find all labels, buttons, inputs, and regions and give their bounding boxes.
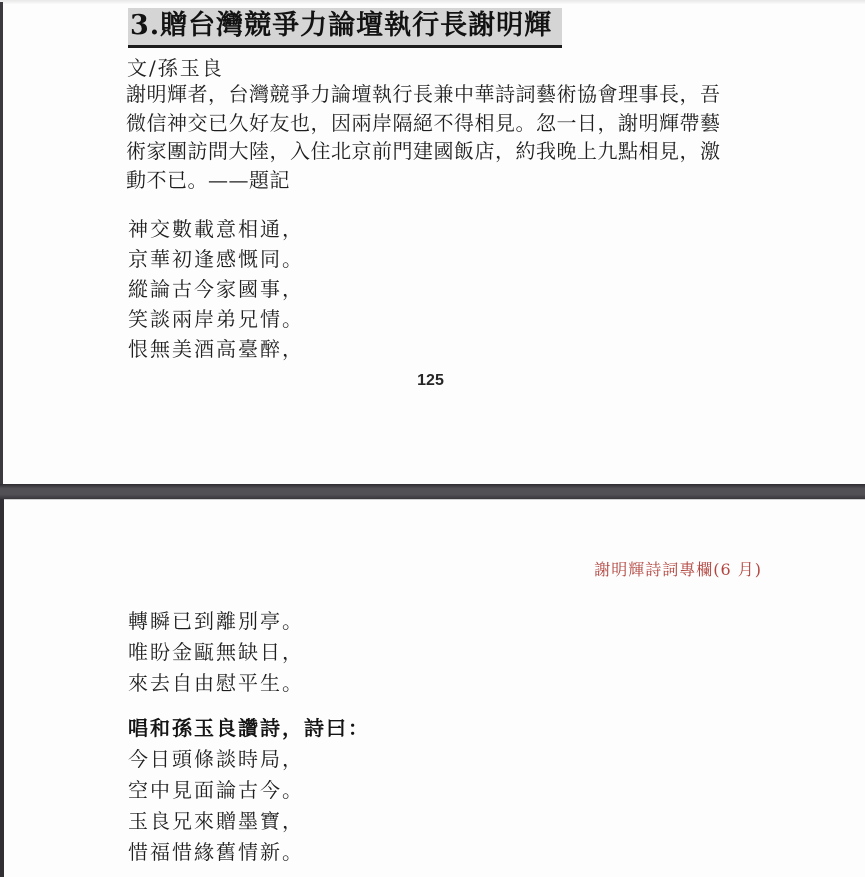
preface-paragraph: 謝明輝者，台灣競爭力論壇執行長兼中華詩詞藝術協會理事長，吾 微信神交已久好友也，… — [126, 80, 744, 195]
poem-line: 京華初逢感慨同。 — [128, 244, 304, 274]
paragraph-line: 術家團訪問大陸，入住北京前門建國飯店，約我晚上九點相見，激 — [126, 137, 744, 166]
paragraph-line: 微信神交已久好友也，因兩岸隔絕不得相見。忽一日，謝明輝帶藝 — [126, 109, 744, 138]
section-title: 3.贈台灣競爭力論壇執行長謝明輝 — [128, 8, 562, 48]
column-header: 謝明輝詩詞專欄(6 月) — [594, 557, 762, 580]
paragraph-line: 謝明輝者，台灣競爭力論壇執行長兼中華詩詞藝術協會理事長，吾 — [126, 80, 744, 109]
page-break-divider — [0, 484, 865, 500]
byline: 文/孫玉良 — [127, 52, 224, 81]
poem-line: 恨無美酒高臺醉， — [128, 334, 304, 364]
page-125: 3.贈台灣競爭力論壇執行長謝明輝 文/孫玉良 謝明輝者，台灣競爭力論壇執行長兼中… — [0, 0, 865, 484]
poem-line: 縱論古今家國事， — [128, 274, 304, 304]
poem-line: 惜福惜緣舊情新。 — [128, 837, 370, 868]
poem-line: 玉良兄來贈墨寶， — [128, 806, 370, 837]
page-number: 125 — [0, 372, 861, 390]
poem-line: 來去自由慰平生。 — [128, 668, 370, 699]
reply-poem-heading: 唱和孫玉良讚詩，詩曰： — [128, 713, 370, 744]
poem-line: 今日頭條談時局， — [128, 744, 370, 775]
poem-line: 笑談兩岸弟兄情。 — [128, 304, 304, 334]
paragraph-line: 動不已。——題記 — [126, 166, 744, 195]
poem-line: 轉瞬已到離別亭。 — [128, 606, 370, 637]
poem-line: 唯盼金甌無缺日， — [128, 637, 370, 668]
poem-continuation: 轉瞬已到離別亭。 唯盼金甌無缺日， 來去自由慰平生。 唱和孫玉良讚詩，詩曰： 今… — [128, 606, 370, 868]
poem-line: 空中見面論古今。 — [128, 775, 370, 806]
document-viewer[interactable]: 3.贈台灣競爭力論壇執行長謝明輝 文/孫玉良 謝明輝者，台灣競爭力論壇執行長兼中… — [0, 0, 865, 877]
poem-line: 神交數載意相通， — [128, 214, 304, 244]
poem-stanza: 神交數載意相通， 京華初逢感慨同。 縱論古今家國事， 笑談兩岸弟兄情。 恨無美酒… — [128, 214, 304, 364]
